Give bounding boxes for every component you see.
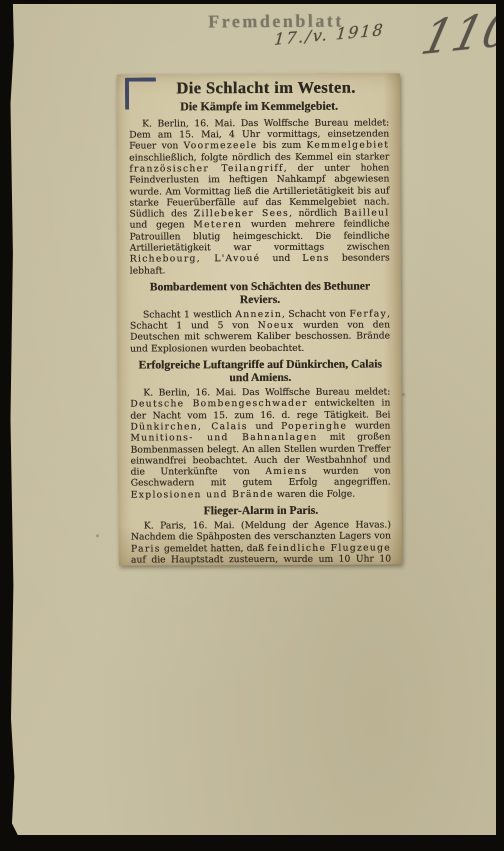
clipping-subtitle: Die Kämpfe im Kemmelgebiet. xyxy=(129,99,389,114)
emphasized-text: Meteren xyxy=(193,220,242,231)
archive-number: 110 xyxy=(416,0,504,65)
emphasized-text: Zillebeker Sees xyxy=(194,208,289,219)
body-text: wurden xyxy=(347,420,390,431)
section-heading-bombardement: Bombardement von Schächten des Bethuner … xyxy=(136,279,384,306)
clipping-title: Die Schlacht im Westen. xyxy=(143,78,389,98)
emphasized-text: Ferfay xyxy=(349,308,387,319)
emphasized-text: Kemmelgebiet xyxy=(306,140,389,151)
body-text: auf die Hauptstadt zusteuern, wurde um 1… xyxy=(131,553,391,565)
blue-corner-mark xyxy=(125,77,156,109)
article-paragraph-3: K. Berlin, 16. Mai. Das Wolffsche Bureau… xyxy=(130,386,390,500)
emphasized-text: Voormezeele xyxy=(184,140,258,151)
article-paragraph-2: Schacht 1 westlich Annezin, Schacht von … xyxy=(130,308,390,354)
emphasized-text: Fliegeralarm xyxy=(230,565,306,566)
emphasized-text: Lens xyxy=(302,253,329,264)
body-text: , nördlich xyxy=(289,208,344,219)
emphasized-text: feindliche Flugzeuge xyxy=(267,542,391,554)
emphasized-text: Annezin xyxy=(235,309,282,320)
emphasized-text: Paris xyxy=(131,543,161,554)
news-clipping: Die Schlacht im Westen. Die Kämpfe im Ke… xyxy=(117,73,402,565)
emphasized-text: französischer Teilangriff xyxy=(129,163,283,175)
body-text: und gegen xyxy=(130,220,194,231)
article-paragraph-4: K. Paris, 16. Mai. (Meldung der Agence H… xyxy=(131,519,392,565)
section-heading-fliegeralarm: Flieger-Alarm in Paris. xyxy=(137,503,385,517)
emphasized-text: Munitions- und Bahnanlagen xyxy=(130,432,317,444)
body-text: einschließlich, folgte nördlich des Kemm… xyxy=(129,151,389,163)
body-text: und xyxy=(248,421,281,432)
article-paragraph-1: K. Berlin, 16. Mai. Das Wolffsche Bureau… xyxy=(129,117,390,276)
section-heading-luftangriffe: Erfolgreiche Luftangriffe auf Dünkirchen… xyxy=(136,358,384,385)
emphasized-text: Bailleul xyxy=(344,208,390,219)
body-text: , Schacht von xyxy=(282,308,349,319)
body-text: waren die Folge. xyxy=(274,488,355,499)
emphasized-text: Explosionen und Brände xyxy=(131,489,274,501)
emphasized-text: Dünkirchen, Calais xyxy=(130,421,247,433)
body-text: Schacht 1 westlich xyxy=(143,309,235,320)
emphasized-text: Poperinghe xyxy=(281,421,347,432)
emphasized-text: Deutsche Bombengeschwader xyxy=(130,398,307,410)
body-text: K. Paris, 16. Mai. (Meldung der Agence H… xyxy=(131,519,391,542)
emphasized-text: Amiens xyxy=(265,466,307,477)
body-text: K. Berlin, 16. Mai. Das Wolffsche Bureau… xyxy=(143,386,390,398)
emphasized-text: Richebourg, L'Avoué xyxy=(130,253,261,265)
body-text: und xyxy=(260,253,302,264)
album-page-sheet: Fremdenblatt 17./v. 1918 110 Die Schlach… xyxy=(10,4,496,835)
body-text: bis zum xyxy=(257,140,306,151)
emphasized-text: Noeux xyxy=(258,320,295,331)
body-text: gemeldet hatten, daß xyxy=(161,543,268,554)
